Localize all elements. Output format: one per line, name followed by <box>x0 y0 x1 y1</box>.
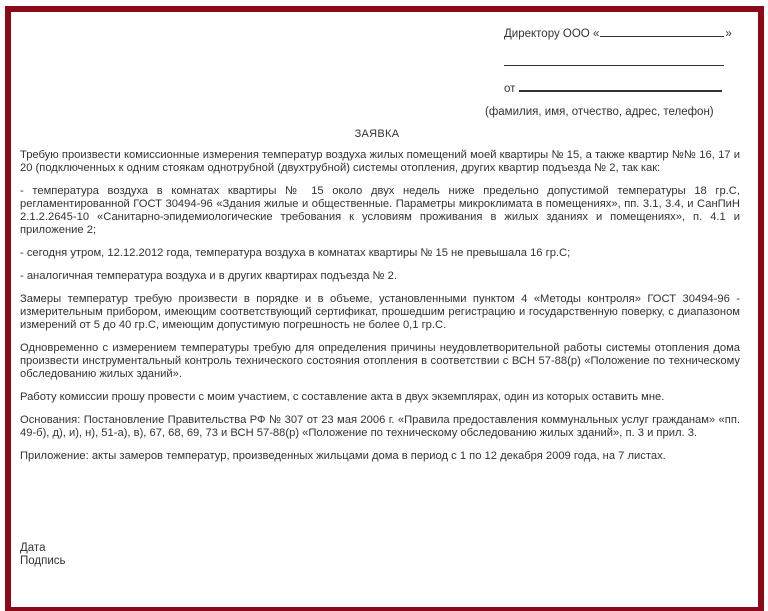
paragraph-reason-1: - температура воздуха в комнатах квартир… <box>20 185 740 237</box>
paragraph-grounds: Основания: Постановление Правительства Р… <box>20 414 740 440</box>
paragraph-request: Требую произвести комиссионные измерения… <box>20 149 740 175</box>
director-suffix: » <box>725 28 731 40</box>
signature-block: Дата Подпись <box>20 542 66 568</box>
paragraph-attachment: Приложение: акты замеров температур, про… <box>20 450 740 463</box>
document-body: Требую произвести комиссионные измерения… <box>20 149 740 473</box>
from-hint: (фамилия, имя, отчество, адрес, телефон) <box>485 106 714 118</box>
date-label: Дата <box>20 542 66 555</box>
addressee-blank-line <box>504 65 724 66</box>
company-name-blank <box>600 26 724 37</box>
from-label: от <box>504 83 515 95</box>
from-line: от <box>504 81 722 95</box>
paragraph-measurement: Замеры температур требую произвести в по… <box>20 293 740 332</box>
paragraph-reason-2: - сегодня утром, 12.12.2012 года, темпер… <box>20 247 740 260</box>
paragraph-inspection: Одновременно с измерением температуры тр… <box>20 342 740 381</box>
director-line: Директору ООО «» <box>504 26 732 40</box>
signature-label: Подпись <box>20 555 66 568</box>
paragraph-commission: Работу комиссии прошу провести с моим уч… <box>20 391 740 404</box>
paragraph-reason-3: - аналогичная температура воздуха и в др… <box>20 270 740 283</box>
from-blank <box>519 81 722 92</box>
director-prefix: Директору ООО « <box>504 28 599 40</box>
document-title: ЗАЯВКА <box>0 128 754 140</box>
